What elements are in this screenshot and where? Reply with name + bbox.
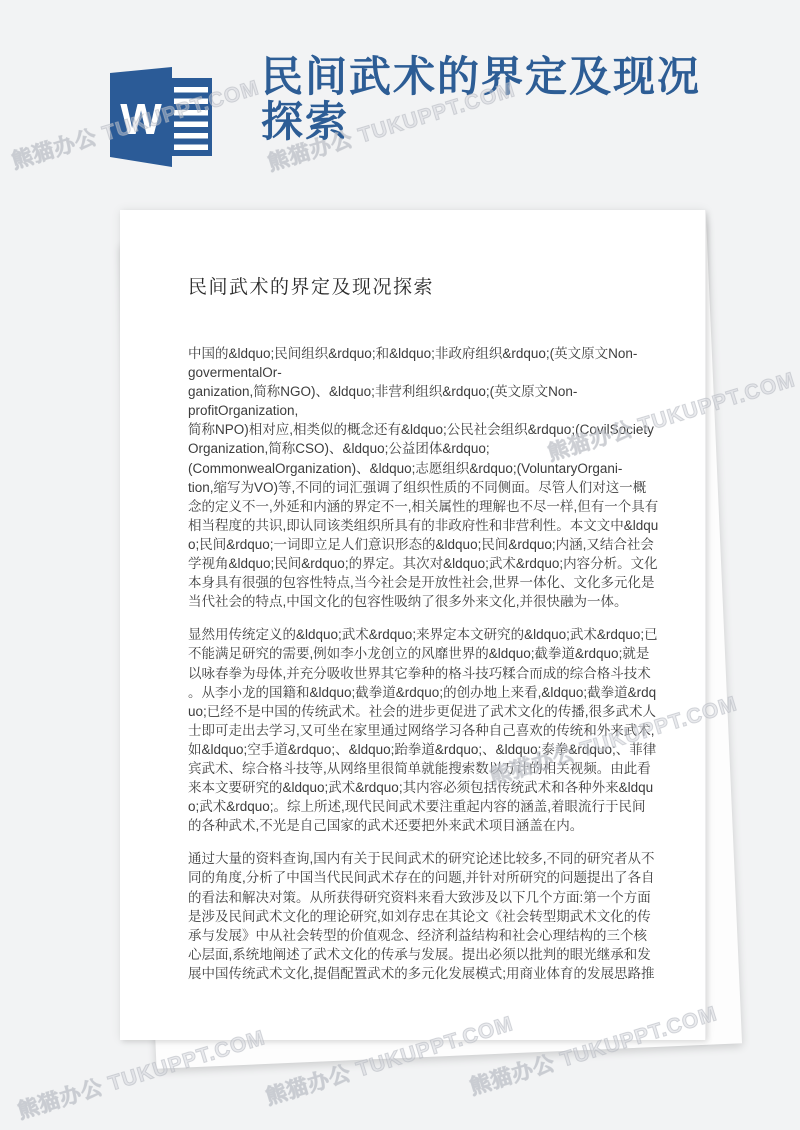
document-paragraph: 中国的&ldquo;民间组织&rdquo;和&ldquo;非政府组织&rdquo…: [188, 344, 641, 611]
document-text-line: 通过大量的资料查询,国内有关于民间武术的研究论述比较多,不同的研究者从不: [188, 849, 641, 868]
document-text-line: 念的定义不一,外延和内涵的界定不一,相关属性的理解也不尽一样,但有一个具有: [188, 497, 641, 516]
svg-text:W: W: [120, 95, 162, 144]
document-text-line: govermentalOr-: [188, 363, 641, 382]
document-text-line: o;武术&rdquo;。综上所述,现代民间武术要注重起内容的涵盖,着眼流行于民间: [188, 797, 641, 816]
document-text-line: 同的角度,分析了中国当代民间武术存在的问题,并针对所研究的问题提出了各自: [188, 868, 641, 887]
document-body: 中国的&ldquo;民间组织&rdquo;和&ldquo;非政府组织&rdquo…: [188, 344, 641, 983]
document-text-line: 当代社会的特点,中国文化的包容性吸纳了很多外来文化,并很快融为一体。: [188, 592, 641, 611]
document-text-line: ganization,简称NGO)、&ldquo;非营利组织&rdquo;(英文…: [188, 382, 641, 401]
document-text-line: 学视角&ldquo;民间&rdquo;的界定。其次对&ldquo;武术&rdqu…: [188, 554, 641, 573]
document-text-line: 。从李小龙的国籍和&ldquo;截拳道&rdquo;的创办地上来看,&ldquo…: [188, 683, 641, 702]
document-text-line: 是涉及民间武术文化的理论研究,如刘存忠在其论文《社会转型期武术文化的传: [188, 907, 641, 926]
document-paragraph: 通过大量的资料查询,国内有关于民间武术的研究论述比较多,不同的研究者从不同的角度…: [188, 849, 641, 983]
document-text-line: profitOrganization,: [188, 401, 641, 420]
document-text-line: uo;已经不是中国的传统武术。社会的进步更促进了武术文化的传播,很多武术人: [188, 702, 641, 721]
document-text-line: Organization,简称CSO)、&ldquo;公益团体&rdquo;: [188, 439, 641, 458]
document-text-line: 的看法和解决对策。从所获得研究资料来看大致涉及以下几个方面:第一个方面: [188, 888, 641, 907]
header: W 民间武术的界定及现况探索: [0, 0, 800, 180]
document-text-line: 中国的&ldquo;民间组织&rdquo;和&ldquo;非政府组织&rdquo…: [188, 344, 641, 363]
document-text-line: 心层面,系统地阐述了武术文化的传承与发展。提出必须以批判的眼光继承和发: [188, 945, 641, 964]
document-text-line: 本身具有很强的包容性特点,当今社会是开放性社会,世界一体化、文化多元化是: [188, 573, 641, 592]
document-text-line: 的各种武术,不光是自己国家的武术还要把外来武术项目涵盖在内。: [188, 816, 641, 835]
document-preview-canvas: W 民间武术的界定及现况探索 民间武术的界定及现况探索 中国的&ldquo;民间…: [0, 0, 800, 1130]
document-text-line: o;民间&rdquo;一词即立足人们意识形态的&ldquo;民间&rdquo;内…: [188, 535, 641, 554]
document-text-line: 士即可走出去学习,又可坐在家里通过网络学习各种自己喜欢的传统和外来武术,: [188, 721, 641, 740]
document-text-line: 展中国传统武术文化,提倡配置武术的多元化发展模式;用商业体育的发展思路推: [188, 964, 641, 983]
document-paragraph: 显然用传统定义的&ldquo;武术&rdquo;来界定本文研究的&ldquo;武…: [188, 625, 641, 835]
document-text-line: 显然用传统定义的&ldquo;武术&rdquo;来界定本文研究的&ldquo;武…: [188, 625, 641, 644]
document-text-line: 承与发展》中从社会转型的价值观念、经济利益结构和社会心理结构的三个核: [188, 926, 641, 945]
document-title: 民间武术的界定及现况探索: [188, 278, 641, 298]
document-page: 民间武术的界定及现况探索 中国的&ldquo;民间组织&rdquo;和&ldqu…: [120, 210, 706, 1040]
document-text-line: 简称NPO)相对应,相类似的概念还有&ldquo;公民社会组织&rdquo;(C…: [188, 420, 641, 439]
document-text-line: 相当程度的共识,即认同该类组织所具有的非政府性和非营利性。本文文中&ldqu: [188, 516, 641, 535]
document-text-line: (CommonwealOrganization)、&ldquo;志愿组织&rdq…: [188, 459, 641, 478]
document-text-line: 如&ldquo;空手道&rdquo;、&ldquo;跆拳道&rdquo;、&ld…: [188, 740, 641, 759]
document-text-line: 来本文要研究的&ldquo;武术&rdquo;其内容必须包括传统武术和各种外来&…: [188, 778, 641, 797]
word-icon-graphic: W: [110, 66, 214, 168]
page-title: 民间武术的界定及现况探索: [261, 56, 733, 146]
document-text-line: 宾武术、综合格斗技等,从网络里很简单就能搜索数以万计的相关视频。由此看: [188, 759, 641, 778]
word-document-icon: W: [110, 66, 214, 168]
document-text-line: 以咏春拳为母体,并充分吸收世界其它拳种的格斗技巧糅合而成的综合格斗技术: [188, 664, 641, 683]
document-text-line: 不能满足研究的需要,例如李小龙创立的风靡世界的&ldquo;截拳道&rdquo;…: [188, 644, 641, 663]
document-text-line: tion,缩写为VO)等,不同的词汇强调了组织性质的不同侧面。尽管人们对这一概: [188, 478, 641, 497]
